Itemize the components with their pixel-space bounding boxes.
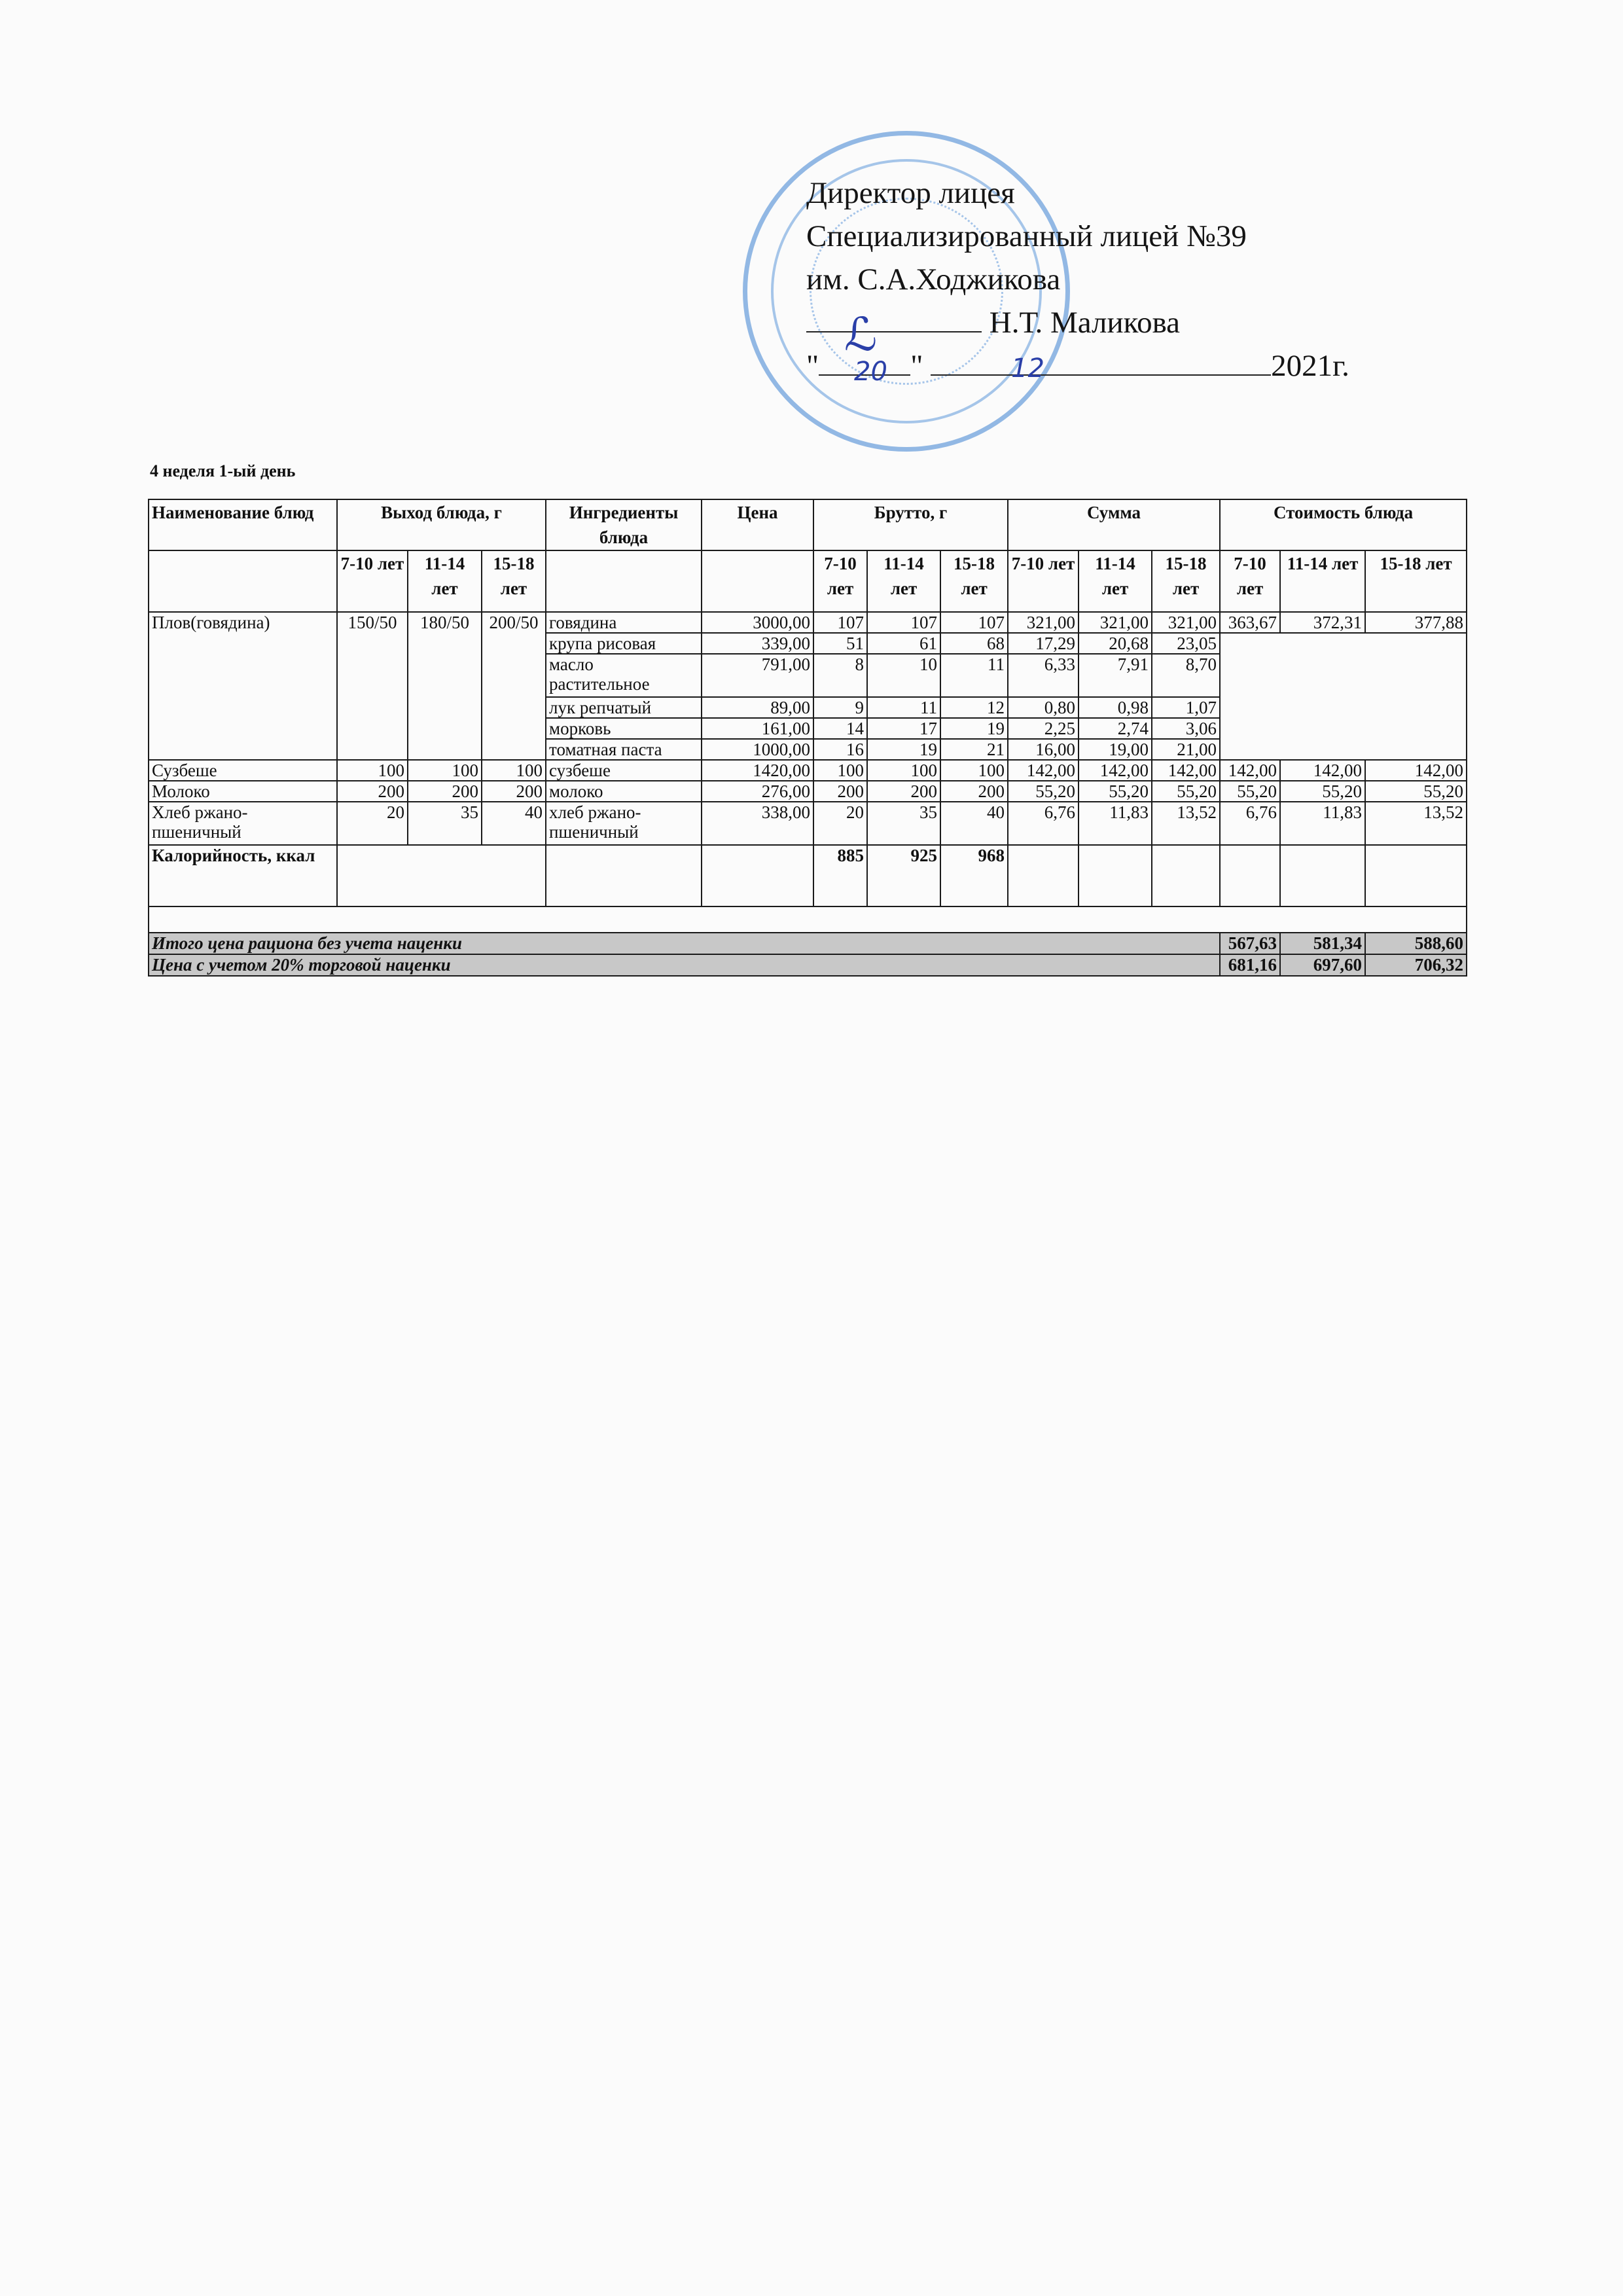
brutto-11-14: 107: [867, 612, 940, 633]
header-row-1: Наименование блюд Выход блюда, г Ингреди…: [149, 499, 1467, 550]
header-cost-11-14: 11-14 лет: [1280, 550, 1365, 612]
dish-name: Плов(говядина): [149, 612, 337, 760]
ingredient-name: сузбеше: [546, 760, 702, 781]
ingredient-name: томатная паста: [546, 739, 702, 760]
cost-merged-empty: [1220, 633, 1467, 760]
total-15-18: 706,32: [1365, 954, 1467, 976]
header-sum-7-10: 7-10 лет: [1008, 550, 1079, 612]
sum-7-10: 321,00: [1008, 612, 1079, 633]
total-11-14: 581,34: [1280, 933, 1365, 954]
total-15-18: 588,60: [1365, 933, 1467, 954]
cost-11-14: 372,31: [1280, 612, 1365, 633]
approval-org-name: им. С.А.Ходжикова: [806, 258, 1349, 301]
header-output: Выход блюда, г: [337, 499, 546, 550]
ingredient-name: масло растительное: [546, 654, 702, 697]
brutto-7-10: 107: [813, 612, 867, 633]
ingredient-price: 3000,00: [702, 612, 813, 633]
dish-name: Хлеб ржано-пшеничный: [149, 802, 337, 845]
total-7-10: 681,16: [1220, 954, 1280, 976]
ingredient-name: молоко: [546, 781, 702, 802]
dish-name: Сузбеше: [149, 760, 337, 781]
approval-block: Директор лицея Специализированный лицей …: [806, 171, 1349, 387]
approval-year: 2021г.: [1271, 349, 1349, 383]
header-price: Цена: [702, 499, 813, 550]
sum-11-14: 321,00: [1079, 612, 1152, 633]
table-row-calories: Калорийность, ккал 885 925 968: [149, 845, 1467, 906]
table-row-bread: Хлеб ржано-пшеничный 20 35 40 хлеб ржано…: [149, 802, 1467, 845]
header-output-7-10: 7-10 лет: [337, 550, 408, 612]
ingredient-name: говядина: [546, 612, 702, 633]
approval-date-line: "" 2021г.: [806, 344, 1349, 387]
ingredient-price: 791,00: [702, 654, 813, 697]
header-brutto-7-10: 7-10 лет: [813, 550, 867, 612]
day-label: 4 неделя 1-ый день: [150, 461, 295, 481]
approval-org: Специализированный лицей №39: [806, 215, 1349, 258]
table-row-suzbeshe: Сузбеше 100 100 100 сузбеше 1420,00 100 …: [149, 760, 1467, 781]
calories-7-10: 885: [813, 845, 867, 906]
approval-signature-line: Н.Т. Маликова: [806, 301, 1349, 344]
cost-7-10: 363,67: [1220, 612, 1280, 633]
calories-label: Калорийность, ккал: [149, 845, 337, 906]
sum-15-18: 321,00: [1152, 612, 1220, 633]
header-cost-15-18: 15-18 лет: [1365, 550, 1467, 612]
signature-scribble: ℒ: [844, 308, 877, 361]
menu-table: Наименование блюд Выход блюда, г Ингреди…: [148, 499, 1467, 977]
cost-15-18: 377,88: [1365, 612, 1467, 633]
header-output-11-14: 11-14 лет: [408, 550, 482, 612]
table-row-milk: Молоко 200 200 200 молоко 276,00 200 200…: [149, 781, 1467, 802]
header-cost: Стоимость блюда: [1220, 499, 1467, 550]
ingredient-price: 89,00: [702, 697, 813, 718]
dish-name: Молоко: [149, 781, 337, 802]
table-row-plov-beef: Плов(говядина) 150/50 180/50 200/50 говя…: [149, 612, 1467, 633]
total-label: Итого цена рациона без учета наценки: [149, 933, 1220, 954]
total-7-10: 567,63: [1220, 933, 1280, 954]
ingredient-name: морковь: [546, 718, 702, 739]
ingredient-name: лук репчатый: [546, 697, 702, 718]
ingredient-price: 161,00: [702, 718, 813, 739]
signature-underline: [806, 305, 982, 332]
brutto-15-18: 107: [940, 612, 1008, 633]
calories-11-14: 925: [867, 845, 940, 906]
ingredient-price: 1000,00: [702, 739, 813, 760]
header-brutto: Брутто, г: [813, 499, 1008, 550]
total-label: Цена с учетом 20% торговой наценки: [149, 954, 1220, 976]
ingredient-price: 339,00: [702, 633, 813, 654]
handwritten-day: 20: [854, 357, 887, 387]
header-ingredients: Ингредиенты блюда: [546, 499, 702, 550]
header-brutto-15-18: 15-18 лет: [940, 550, 1008, 612]
total-row-no-markup: Итого цена рациона без учета наценки 567…: [149, 933, 1467, 954]
output-15-18: 200/50: [482, 612, 546, 760]
output-7-10: 150/50: [337, 612, 408, 760]
header-output-15-18: 15-18 лет: [482, 550, 546, 612]
header-row-2: 7-10 лет 11-14 лет 15-18 лет 7-10 лет 11…: [149, 550, 1467, 612]
header-sum-11-14: 11-14 лет: [1079, 550, 1152, 612]
header-sum-15-18: 15-18 лет: [1152, 550, 1220, 612]
header-brutto-11-14: 11-14 лет: [867, 550, 940, 612]
total-row-with-markup: Цена с учетом 20% торговой наценки 681,1…: [149, 954, 1467, 976]
ingredient-name: хлеб ржано-пшеничный: [546, 802, 702, 845]
spacer-row: [149, 906, 1467, 933]
handwritten-month: 12: [1011, 353, 1044, 384]
total-11-14: 697,60: [1280, 954, 1365, 976]
output-11-14: 180/50: [408, 612, 482, 760]
approval-signer: Н.Т. Маликова: [990, 306, 1180, 340]
header-sum: Сумма: [1008, 499, 1220, 550]
header-cost-7-10: 7-10 лет: [1220, 550, 1280, 612]
approval-title: Директор лицея: [806, 171, 1349, 215]
calories-15-18: 968: [940, 845, 1008, 906]
header-dish-name: Наименование блюд: [149, 499, 337, 550]
ingredient-name: крупа рисовая: [546, 633, 702, 654]
